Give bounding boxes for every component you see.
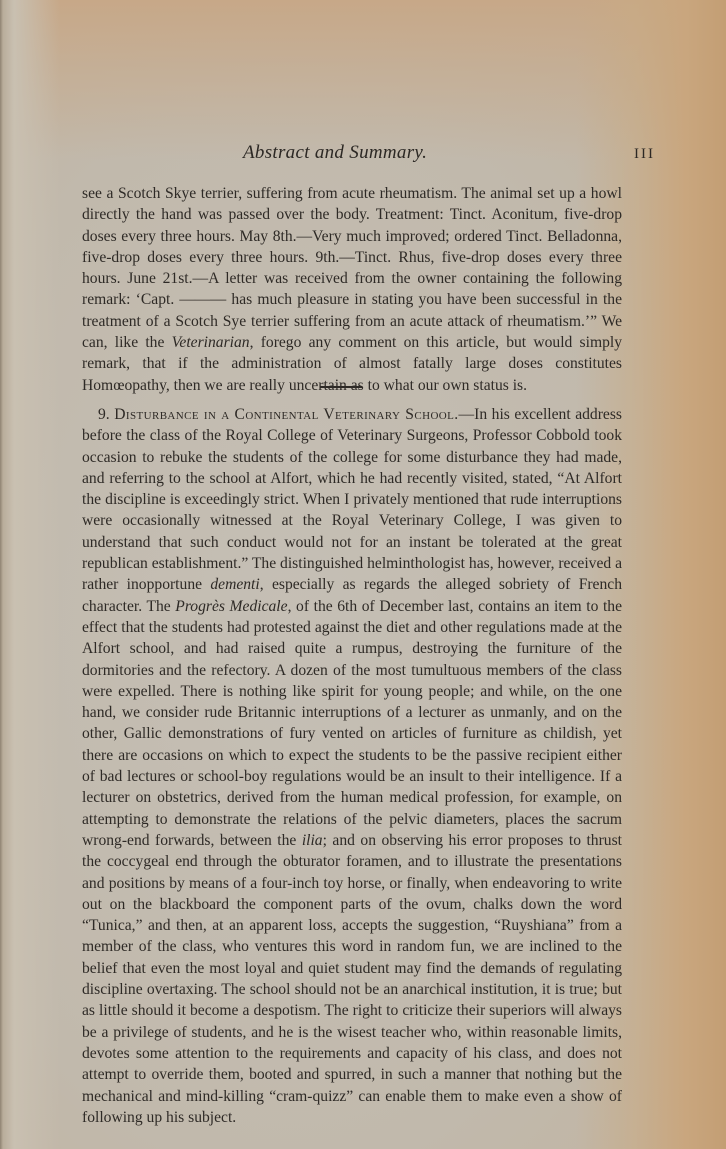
book-page: Abstract and Summary. III see a Scotch S… [0,0,726,1149]
paragraph-text: see a Scotch Skye terrier, suffering fro… [82,185,622,351]
italic-ilia: ilia [302,832,323,849]
italic-journal-title: Progrès Medicale [175,598,287,615]
page-header: Abstract and Summary. III [243,142,661,164]
section-body-1: —In his excellent address before the cla… [82,406,622,593]
page-number: III [634,146,655,163]
running-title: Abstract and Summary. [243,142,427,164]
section-heading: Disturbance in a Continental Veterinary … [114,406,458,423]
section-body-3: , of the 6th of December last, contains … [82,598,622,849]
section-divider [320,386,362,388]
italic-veterinarian: Veterinarian [172,334,250,351]
italic-dementi: dementi [210,576,259,593]
section-number: 9. [98,406,110,423]
section-body-4: ; and on observing his error proposes to… [82,832,622,1126]
section-9-paragraph: 9. Disturbance in a Continental Veterina… [82,404,622,1128]
paragraph-rheumatism-case: see a Scotch Skye terrier, suffering fro… [82,183,622,396]
